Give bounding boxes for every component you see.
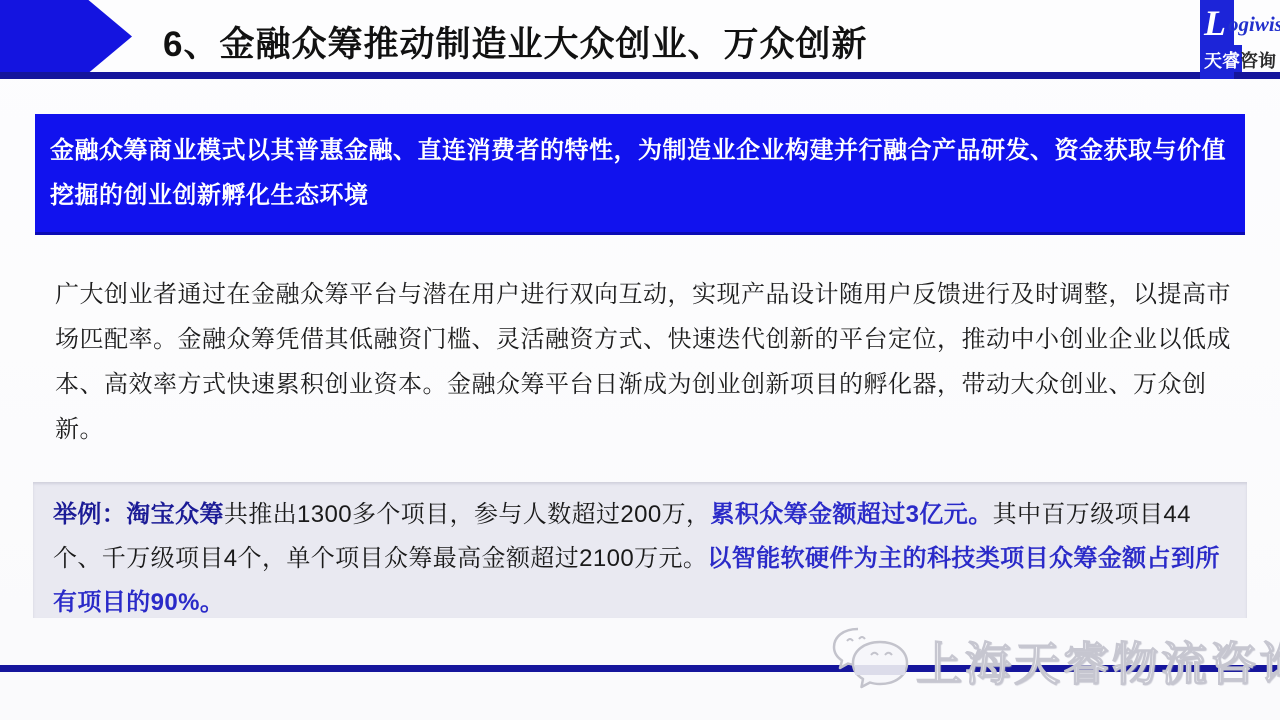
header-divider (0, 72, 1280, 79)
logo-subtitle-left: 天睿 (1204, 51, 1240, 71)
example-text-1: 共推出1300多个项目，参与人数超过200万， (224, 501, 711, 528)
watermark-text: 上海天睿物流咨询 (916, 628, 1280, 694)
body-paragraph: 广大创业者通过在金融众筹平台与潜在用户进行双向互动，实现产品设计随用户反馈进行及… (55, 272, 1233, 452)
logo-subtitle-right: 咨询 (1240, 51, 1276, 71)
example-highlight-1: 累积众筹金额超过3亿元。 (710, 501, 992, 528)
watermark: 上海天睿物流咨询 (828, 624, 1280, 698)
example-label: 举例：淘宝众筹 (53, 501, 224, 528)
slide: 6、金融众筹推动制造业大众创业、万众创新 L ogiwis 天睿咨询 金融众筹商… (0, 0, 1280, 720)
logo: L ogiwis 天睿咨询 (1196, 0, 1280, 80)
statement-box: 金融众筹商业模式以其普惠金融、直连消费者的特性，为制造业企业构建并行融合产品研发… (35, 114, 1245, 235)
statement-text: 金融众筹商业模式以其普惠金融、直连消费者的特性，为制造业企业构建并行融合产品研发… (35, 114, 1245, 218)
page-title: 6、金融众筹推动制造业大众创业、万众创新 (163, 17, 867, 67)
logo-subtitle: 天睿咨询 (1204, 47, 1276, 73)
wechat-icon (828, 624, 912, 698)
logo-wordmark: ogiwis (1228, 12, 1280, 37)
example-box: 举例：淘宝众筹共推出1300多个项目，参与人数超过200万，累积众筹金额超过3亿… (33, 482, 1247, 618)
header-band: 6、金融众筹推动制造业大众创业、万众创新 (0, 0, 1280, 72)
arrow-shape (0, 0, 132, 73)
logo-initial: L (1204, 2, 1226, 44)
